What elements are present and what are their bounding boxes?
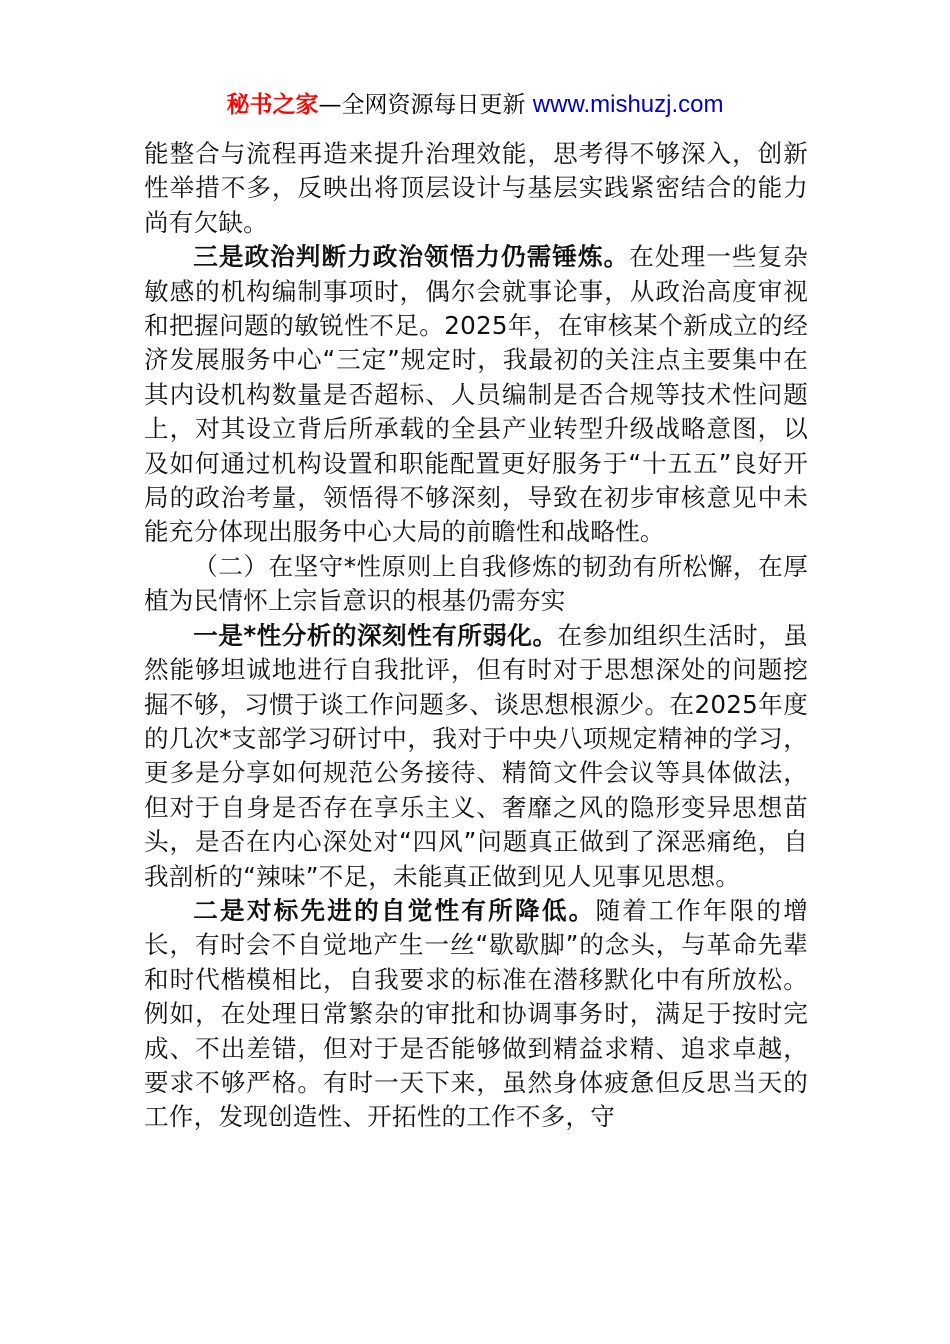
paragraph-heading: 二是对标先进的自觉性有所降低。 xyxy=(193,896,595,925)
paragraph-text: （二）在坚守*性原则上自我修炼的韧劲有所松懈，在厚植为民情怀上宗旨意识的根基仍需… xyxy=(144,552,808,615)
brand-name: 秘书之家 xyxy=(226,92,318,118)
paragraph-text: 能整合与流程再造来提升治理效能，思考得不够深入，创新性举措不多，反映出将顶层设计… xyxy=(144,139,808,237)
site-url-link[interactable]: www.mishuzj.com xyxy=(533,91,724,118)
paragraph-text: 随着工作年限的增长，有时会不自觉地产生一丝“歇歇脚”的念头，与革命先辈和时代楷模… xyxy=(144,896,808,1131)
paragraph-text: 在参加组织生活时，虽然能够坦诚地进行自我批评，但有时对于思想深处的问题挖掘不够，… xyxy=(144,621,808,891)
site-header: 秘书之家—全网资源每日更新 www.mishuzj.com xyxy=(0,88,950,122)
paragraph-heading: 三是政治判断力政治领悟力仍需锤炼。 xyxy=(193,242,629,271)
paragraph-heading: 一是*性分析的深刻性有所弱化。 xyxy=(193,621,557,650)
paragraph-text: 在处理一些复杂敏感的机构编制事项时，偶尔会就事论事，从政治高度审视和把握问题的敏… xyxy=(144,242,808,546)
header-tagline: —全网资源每日更新 xyxy=(318,92,532,118)
paragraph-5: 二是对标先进的自觉性有所降低。随着工作年限的增长，有时会不自觉地产生一丝“歇歇脚… xyxy=(144,894,808,1135)
paragraph-4: 一是*性分析的深刻性有所弱化。在参加组织生活时，虽然能够坦诚地进行自我批评，但有… xyxy=(144,619,808,894)
paragraph-1: 能整合与流程再造来提升治理效能，思考得不够深入，创新性举措不多，反映出将顶层设计… xyxy=(144,137,808,240)
paragraph-2: 三是政治判断力政治领悟力仍需锤炼。在处理一些复杂敏感的机构编制事项时，偶尔会就事… xyxy=(144,240,808,550)
section-heading: （二）在坚守*性原则上自我修炼的韧劲有所松懈，在厚植为民情怀上宗旨意识的根基仍需… xyxy=(144,550,808,619)
document-body: 能整合与流程再造来提升治理效能，思考得不够深入，创新性举措不多，反映出将顶层设计… xyxy=(144,137,808,1135)
